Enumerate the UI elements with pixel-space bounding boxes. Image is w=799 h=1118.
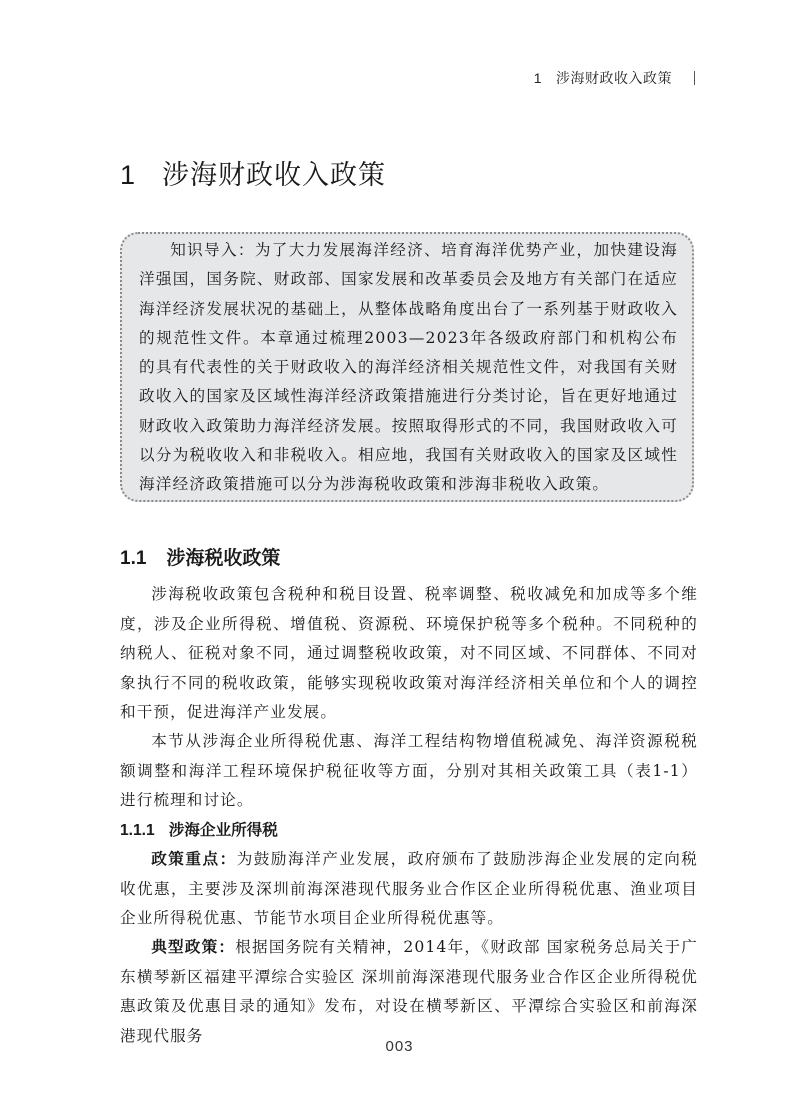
page-number: 003 (0, 1038, 799, 1055)
section-number: 1.1 (120, 548, 146, 569)
subsection-title-text: 涉海企业所得税 (169, 822, 278, 839)
paragraph-text: 涉海税收政策包含税种和税目设置、税率调整、税收减免和加成等多个维度，涉及企业所得… (120, 580, 698, 728)
chapter-title-text: 涉海财政收入政策 (162, 160, 386, 190)
intro-lead: 知识导入： (170, 242, 255, 259)
header-divider (694, 71, 695, 85)
section-title: 1.1涉海税收政策 (120, 543, 280, 570)
chapter-number: 1 (120, 160, 136, 190)
typical-policy-lead: 典型政策： (151, 939, 235, 956)
typical-policy-paragraph: 典型政策：根据国务院有关精神，2014年，《财政部 国家税务总局关于广东横琴新区… (120, 933, 698, 1051)
running-header-chapter-title: 涉海财政收入政策 (556, 68, 672, 88)
subsection-title: 1.1.1涉海企业所得税 (120, 818, 278, 840)
section-paragraph-1: 涉海税收政策包含税种和税目设置、税率调整、税收减免和加成等多个维度，涉及企业所得… (120, 580, 698, 728)
running-header-chapter-number: 1 (534, 70, 542, 86)
chapter-title: 1涉海财政收入政策 (120, 153, 386, 192)
section-paragraph-2: 本节从涉海企业所得税优惠、海洋工程结构物增值税减免、海洋资源税税额调整和海洋工程… (120, 727, 698, 816)
intro-body: 为了大力发展海洋经济、培育海洋优势产业，加快建设海洋强国，国务院、财政部、国家发… (139, 241, 678, 493)
policy-focus-lead: 政策重点： (151, 851, 237, 868)
section-title-text: 涉海税收政策 (166, 548, 280, 569)
running-header: 1 涉海财政收入政策 (534, 68, 695, 88)
subsection-number: 1.1.1 (120, 822, 155, 839)
paragraph-text: 本节从涉海企业所得税优惠、海洋工程结构物增值税减免、海洋资源税税额调整和海洋工程… (120, 727, 698, 816)
knowledge-intro-text: 知识导入：为了大力发展海洋经济、培育海洋优势产业，加快建设海洋强国，国务院、财政… (120, 236, 696, 500)
policy-focus-paragraph: 政策重点：为鼓励海洋产业发展，政府颁布了鼓励涉海企业发展的定向税收优惠，主要涉及… (120, 845, 698, 934)
